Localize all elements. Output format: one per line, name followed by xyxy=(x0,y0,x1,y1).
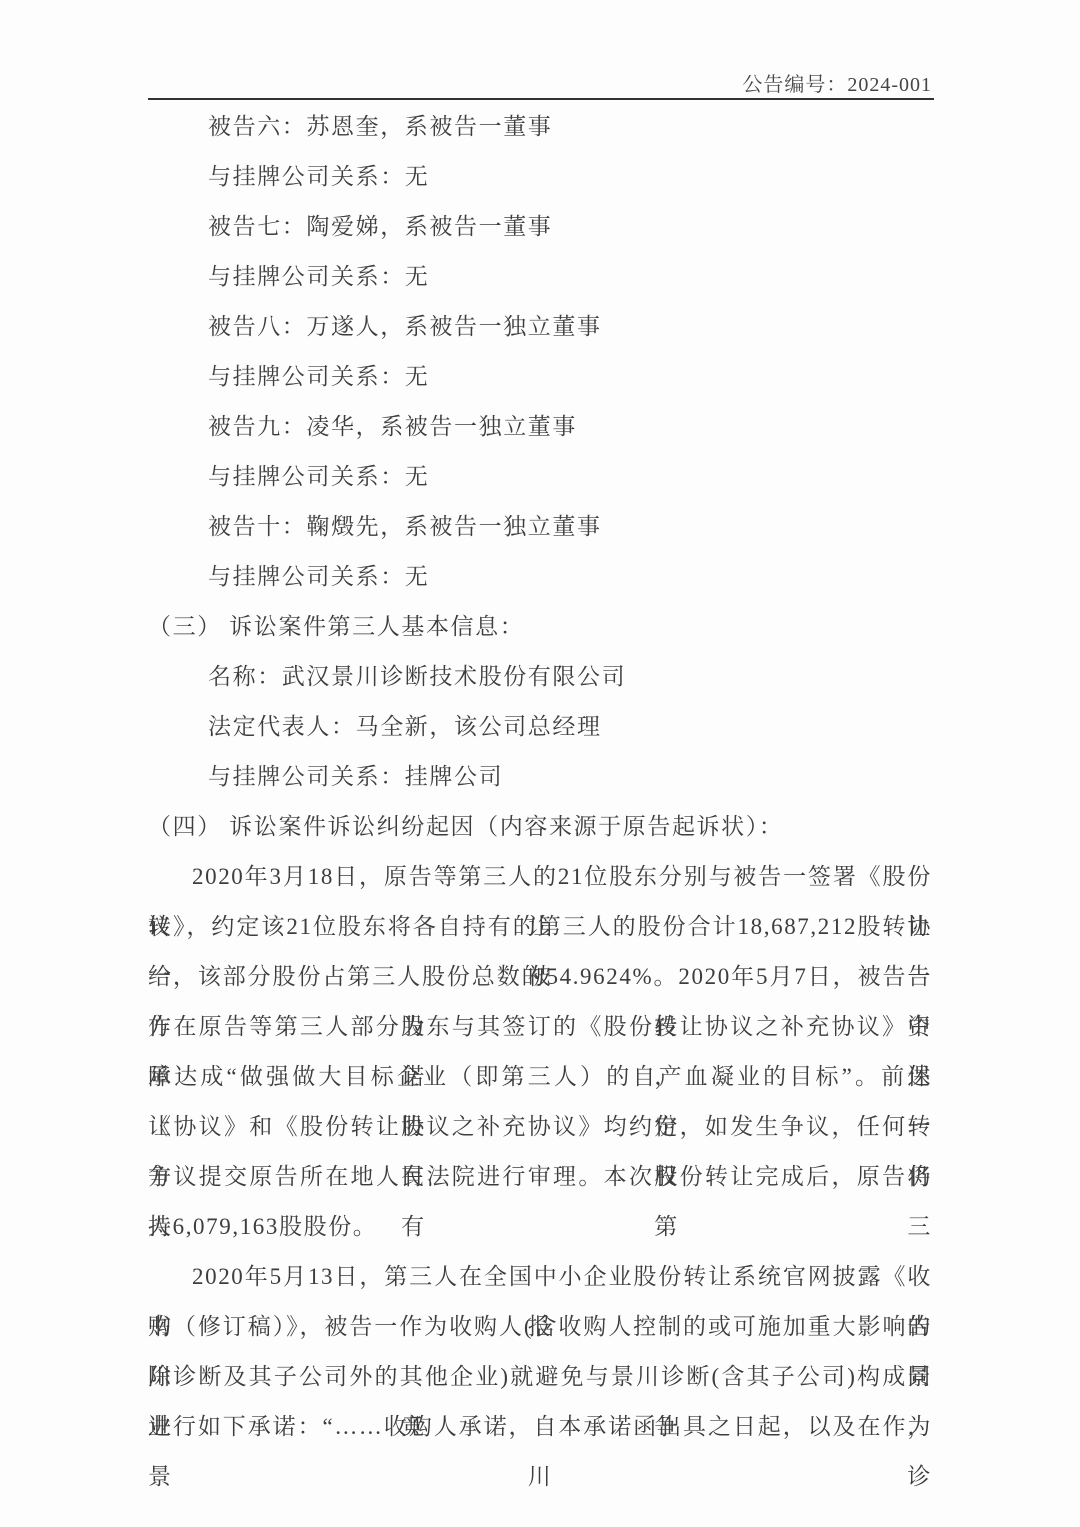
document-page: 公告编号：2024-001 被告六：苏恩奎，系被告一董事 与挂牌公司关系：无 被… xyxy=(0,0,1080,1527)
paragraph-1-line-7: 争议提交原告所在地人民法院进行审理。本次股份转让完成后，原告仍持有第三 xyxy=(148,1152,932,1202)
paragraph-1-line-2: 议》，约定该21位股东将各自持有的第三人的股份合计18,687,212股转让给被… xyxy=(148,902,932,952)
notice-number: 公告编号：2024-001 xyxy=(742,74,932,96)
paragraph-1-line-6: 让协议》和《股份转让协议之补充协议》均约定，如发生争议，任何一方有权将 xyxy=(148,1102,932,1152)
defendant-10-relation: 与挂牌公司关系：无 xyxy=(148,552,932,602)
defendant-9-relation: 与挂牌公司关系：无 xyxy=(148,452,932,502)
paragraph-1-line-5: 障达成“做强做大目标企业（即第三人）的自产血凝业的目标”。前述《股份转 xyxy=(148,1052,932,1102)
third-party-name: 名称：武汉景川诊断技术股份有限公司 xyxy=(148,652,932,702)
defendant-7-relation: 与挂牌公司关系：无 xyxy=(148,252,932,302)
third-party-legal-rep: 法定代表人：马全新，该公司总经理 xyxy=(148,702,932,752)
defendant-10-title: 被告十：鞠燬先，系被告一独立董事 xyxy=(148,502,932,552)
header-divider xyxy=(148,98,934,100)
paragraph-2-line-1: 2020年5月13日，第三人在全国中小企业股份转让系统官网披露《收购报告 xyxy=(148,1252,932,1302)
defendant-9-title: 被告九：凌华，系被告一独立董事 xyxy=(148,402,932,452)
paragraph-2-line-3: 川诊断及其子公司外的其他企业)就避免与景川诊断(含其子公司)构成同业竞争， xyxy=(148,1352,932,1402)
defendant-6-relation: 与挂牌公司关系：无 xyxy=(148,152,932,202)
section-four-heading: （四） 诉讼案件诉讼纠纷起因（内容来源于原告起诉状）： xyxy=(148,802,932,852)
section-three-heading: （三） 诉讼案件第三人基本信息： xyxy=(148,602,932,652)
paragraph-1-line-4: 方在原告等第三人部分股东与其签订的《股份转让协议之补充协议》中承诺，保 xyxy=(148,1002,932,1052)
defendant-8-title: 被告八：万遂人，系被告一独立董事 xyxy=(148,302,932,352)
paragraph-1-line-3: 一，该部分股份占第三人股份总数的54.9624%。2020年5月7日，被告一作为… xyxy=(148,952,932,1002)
defendant-7-title: 被告七：陶爱娣，系被告一董事 xyxy=(148,202,932,252)
paragraph-2-line-2: 书（修订稿）》，被告一作为收购人(含收购人控制的或可施加重大影响的除景 xyxy=(148,1302,932,1352)
document-body: 被告六：苏恩奎，系被告一董事 与挂牌公司关系：无 被告七：陶爱娣，系被告一董事 … xyxy=(148,102,932,1452)
defendant-8-relation: 与挂牌公司关系：无 xyxy=(148,352,932,402)
defendant-6-title: 被告六：苏恩奎，系被告一董事 xyxy=(148,102,932,152)
page-header: 公告编号：2024-001 xyxy=(148,68,932,97)
paragraph-2-line-4: 进行如下承诺：“……收购人承诺，自本承诺函出具之日起，以及在作为景川诊 xyxy=(148,1402,932,1452)
paragraph-1-line-1: 2020年3月18日，原告等第三人的21位股东分别与被告一签署《股份转让协 xyxy=(148,852,932,902)
third-party-relation: 与挂牌公司关系：挂牌公司 xyxy=(148,752,932,802)
